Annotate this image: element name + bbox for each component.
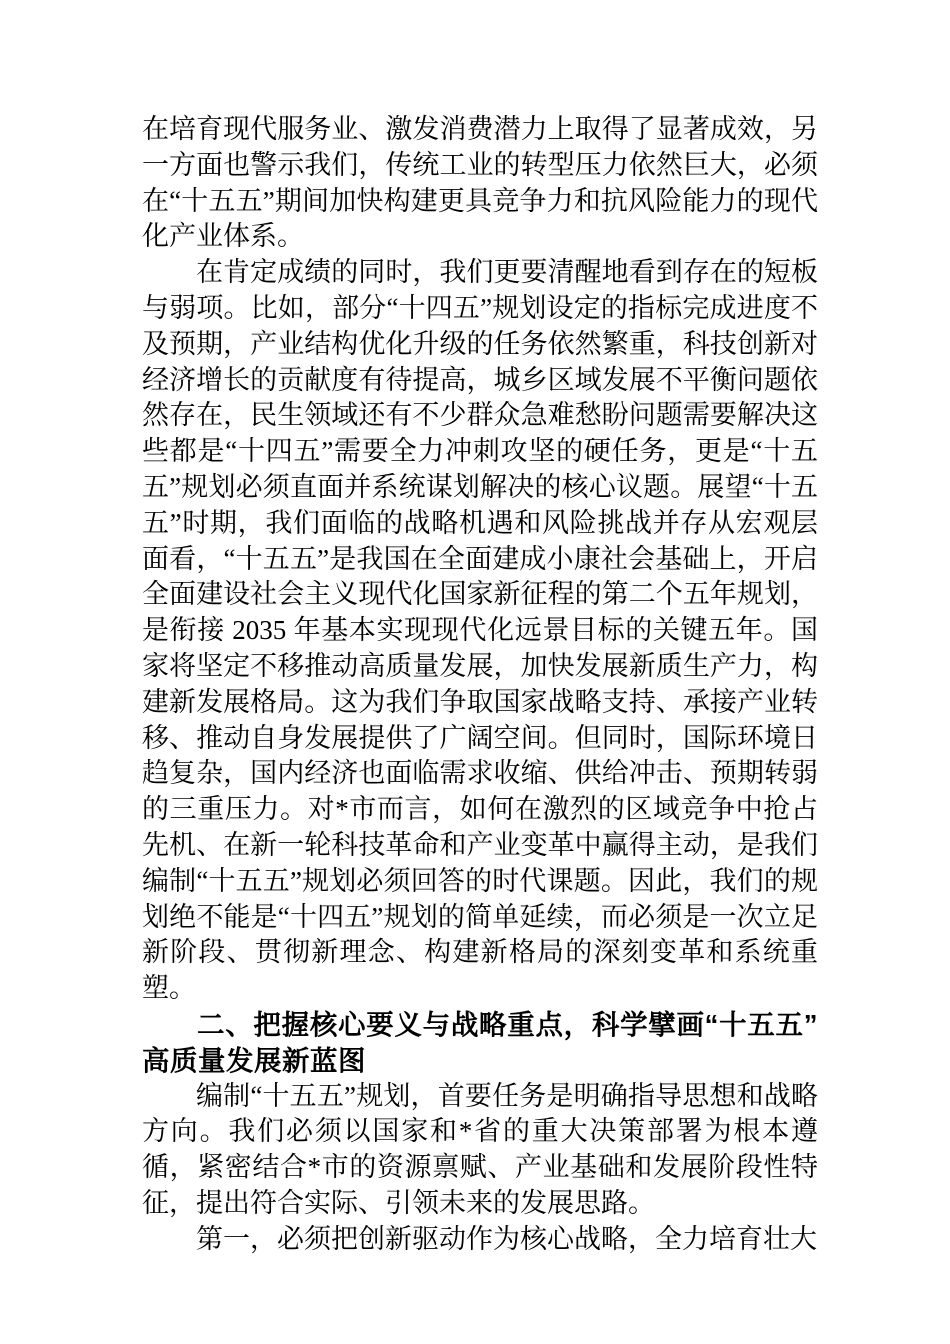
paragraph-shortboards: 在肯定成绩的同时，我们更要清醒地看到存在的短板与弱项。比如，部分“十四五”规划设…	[142, 255, 818, 1007]
document-page: 在培育现代服务业、激发消费潜力上取得了显著成效，另一方面也警示我们，传统工业的转…	[0, 0, 950, 1344]
section-heading: 二、把握核心要义与战略重点，科学擘画“十五五”高质量发展新蓝图	[142, 1007, 818, 1079]
paragraph-continuation: 在培育现代服务业、激发消费潜力上取得了显著成效，另一方面也警示我们，传统工业的转…	[142, 112, 818, 255]
paragraph-guiding-thought: 编制“十五五”规划，首要任务是明确指导思想和战略方向。我们必须以国家和*省的重大…	[142, 1079, 818, 1222]
document-text-area: 在培育现代服务业、激发消费潜力上取得了显著成效，另一方面也警示我们，传统工业的转…	[142, 112, 818, 1258]
paragraph-first-point: 第一，必须把创新驱动作为核心战略，全力培育壮大	[142, 1222, 818, 1258]
